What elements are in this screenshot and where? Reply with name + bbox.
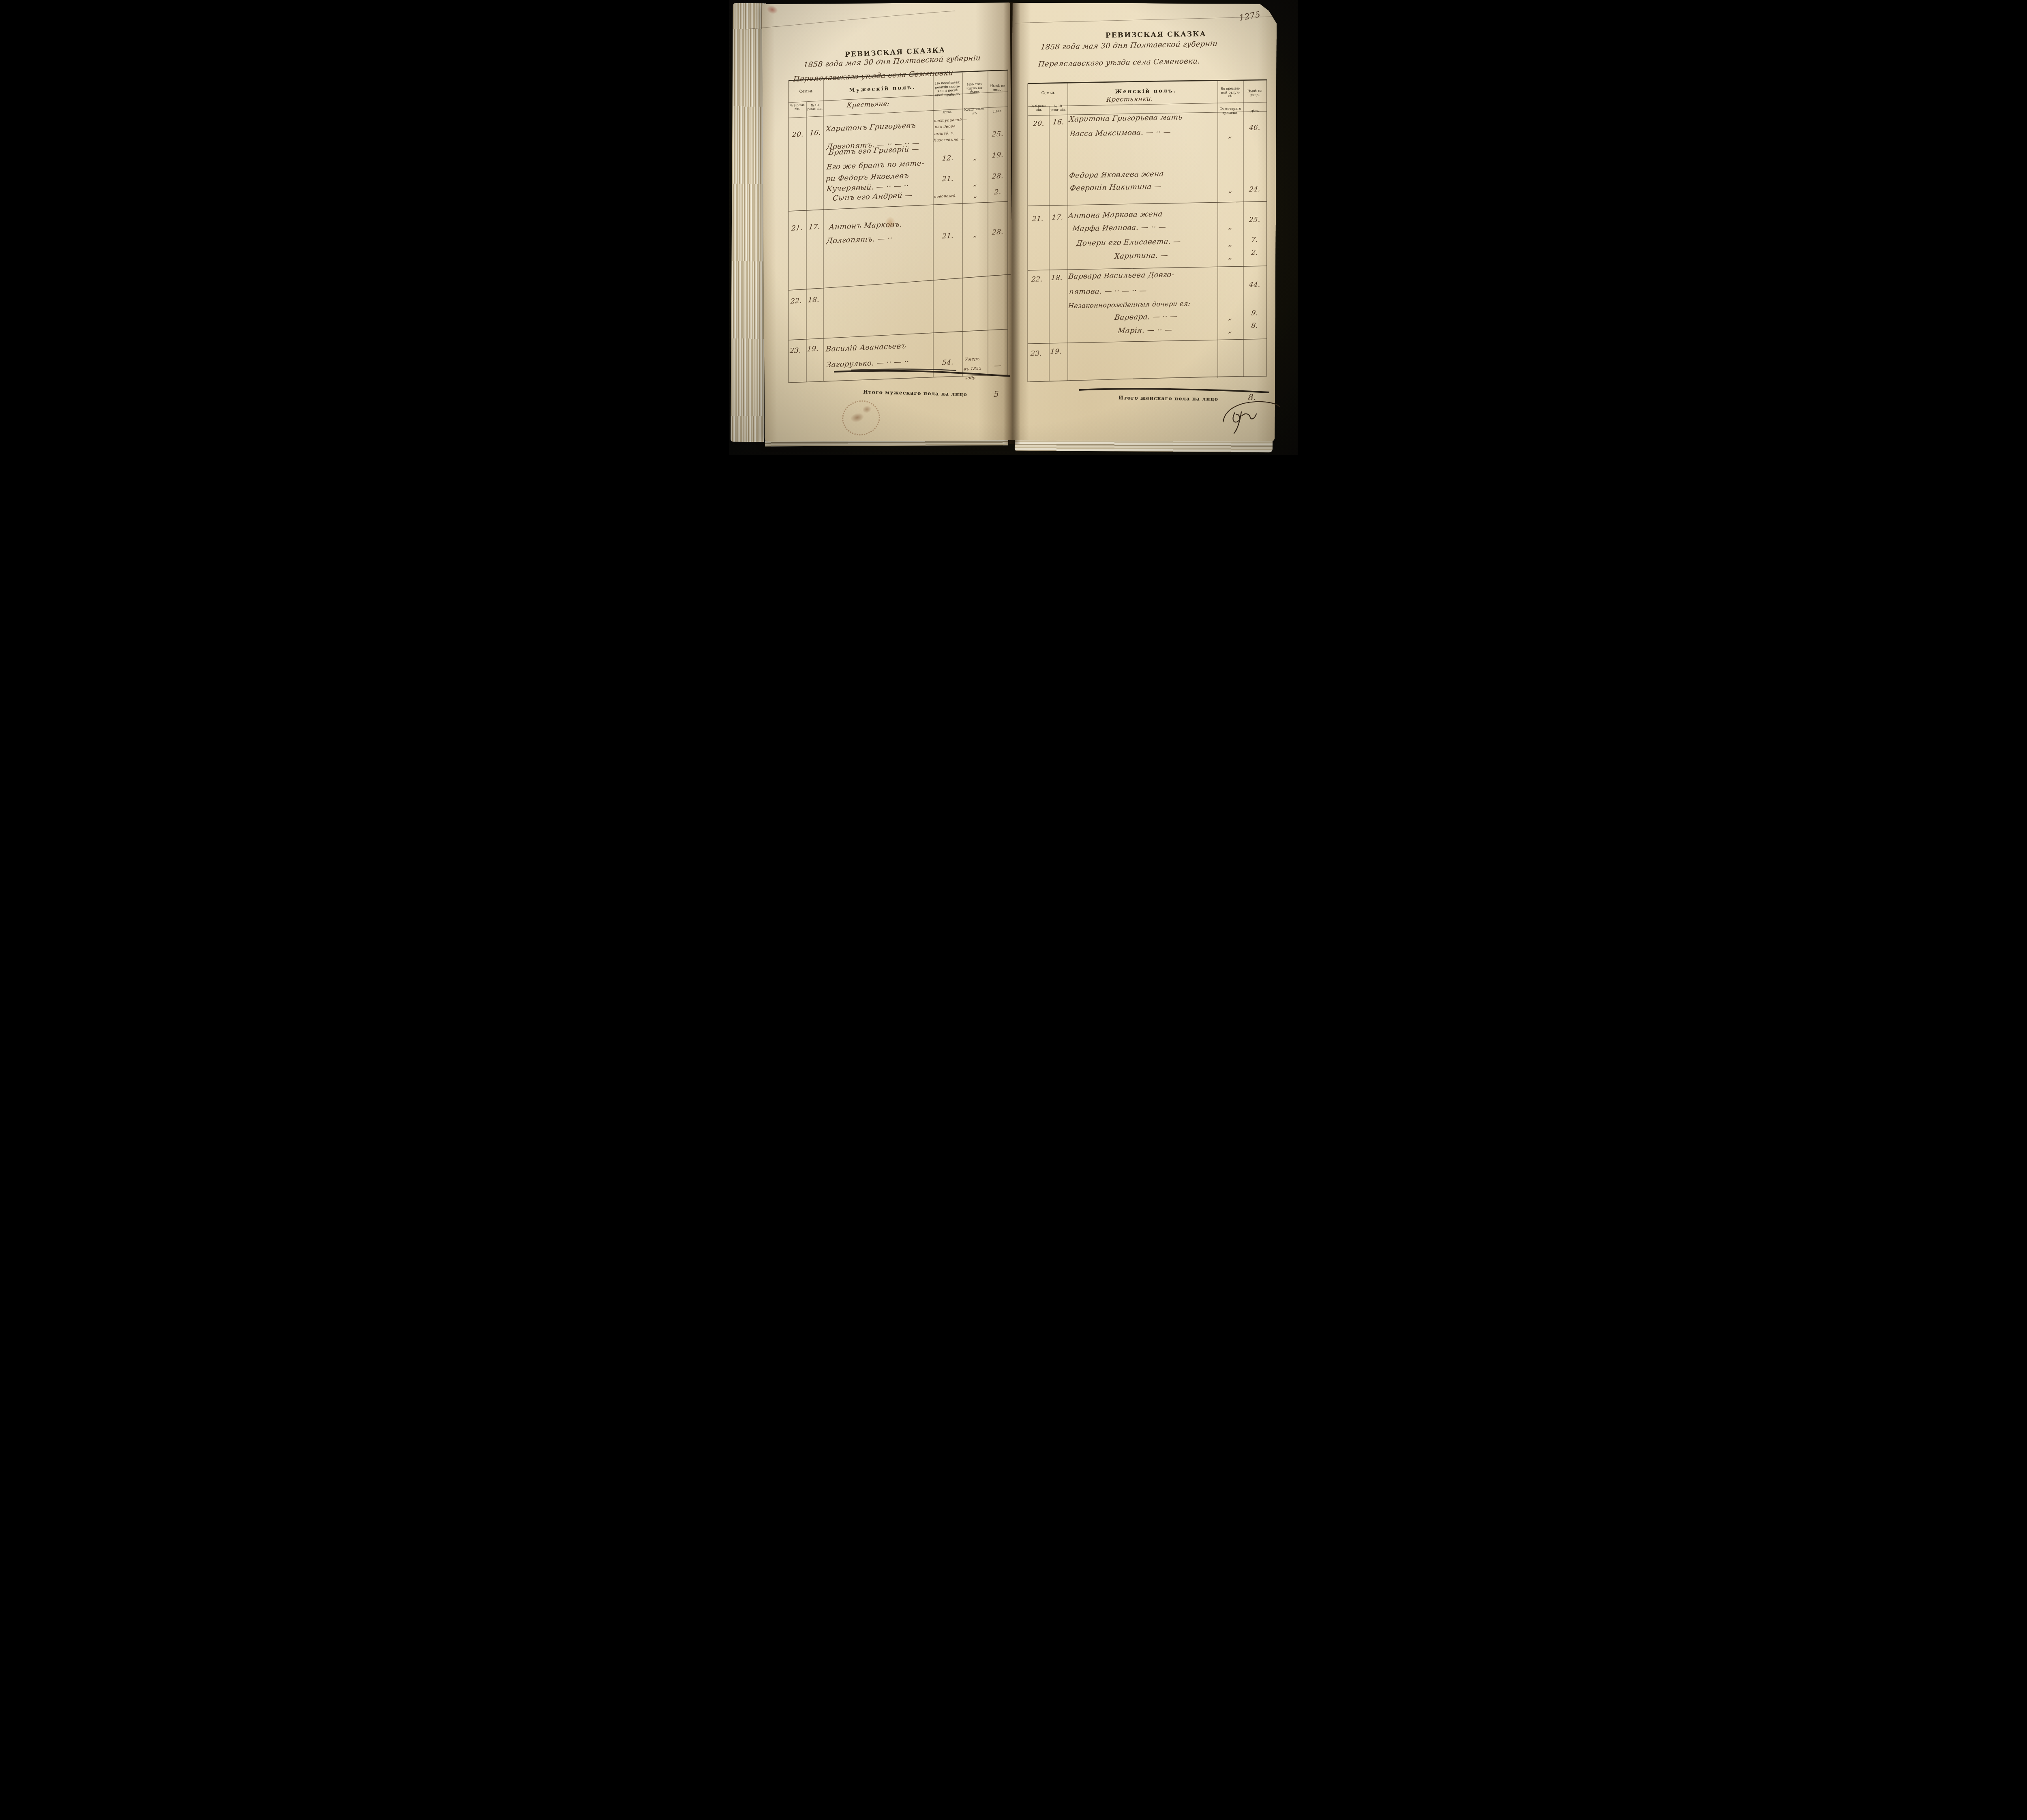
entry-name: Варвара Васильева Довго- <box>1068 270 1174 281</box>
entry-ditto: „ <box>1218 186 1243 195</box>
entry-number: 19. <box>1047 347 1065 356</box>
right-page-title: РЕВИЗСКАЯ СКАЗКА <box>1106 30 1198 40</box>
entry-number: 21. <box>1028 215 1048 223</box>
book-scan: РЕВИЗСКАЯ СКАЗКА 1858 года мая 30 дня По… <box>729 0 1298 455</box>
entry-name: Антона Маркова жена <box>1068 210 1163 220</box>
entry-age: 7. <box>1244 236 1266 244</box>
right-footer-label: Итого женскаго пола на лицо <box>1089 394 1247 403</box>
right-header-place-line: Переяславскаго уѣзда села Семеновки. <box>1038 57 1201 69</box>
right-col-present-sub: Лѣта. <box>1245 109 1265 113</box>
entry-name: Харитона Григорьева мать <box>1069 113 1183 124</box>
entry-age: 24. <box>1244 185 1266 194</box>
entry-number: 18. <box>1048 274 1066 282</box>
page-number: 1275 <box>1238 9 1261 23</box>
entry-ditto: „ <box>1218 253 1243 261</box>
ink-blot <box>885 216 896 229</box>
entry-name: Марія. — ·· — <box>1117 325 1172 335</box>
entry-age: 44. <box>1244 280 1266 289</box>
entry-number: 20. <box>1029 120 1048 128</box>
entry-name: Харитина. — <box>1114 251 1168 261</box>
entry-number: 22. <box>1027 275 1047 284</box>
entry-name: Федора Яковлева жена <box>1069 170 1164 180</box>
entry-age: 25. <box>1244 216 1266 224</box>
entry-name: Васса Максимова. — ·· — <box>1069 128 1171 138</box>
right-page-content: 1275 РЕВИЗСКАЯ СКАЗКА 1858 года мая 30 д… <box>729 0 1298 455</box>
entry-ditto: „ <box>1218 240 1243 248</box>
right-group-label: Крестьянки. <box>1106 95 1154 103</box>
entry-age: 2. <box>1244 248 1266 257</box>
entry-ditto: „ <box>1218 313 1243 322</box>
right-col-rev9: № 9 реви- зіи. <box>1030 105 1048 112</box>
entry-number: 16. <box>1049 118 1068 126</box>
right-col-absence-sub: Съ котораго времени. <box>1218 107 1243 115</box>
entry-note: Незаконнорожденныя дочери ея: <box>1068 300 1191 310</box>
entry-ditto: „ <box>1218 223 1243 231</box>
entry-ditto: „ <box>1218 326 1243 335</box>
entry-name: Марфа Иванова. — ·· — <box>1072 223 1166 233</box>
right-col-present: Нынѣ на лицо. <box>1244 89 1266 97</box>
entry-number: 23. <box>1026 349 1046 358</box>
entry-number: 17. <box>1048 213 1067 222</box>
right-col-rev10: № 10 реви- зіи. <box>1050 105 1067 112</box>
entry-age: 9. <box>1244 309 1266 317</box>
entry-name: пятова. — ·· — ·· — <box>1069 286 1147 296</box>
entry-age: 46. <box>1244 124 1266 132</box>
right-header-date-line: 1858 года мая 30 дня Полтавской губерніи <box>1040 40 1218 51</box>
entry-name: Дочери его Елисавета. — <box>1076 237 1181 248</box>
right-col-absence: Во времен- ной отлуч- кѣ. <box>1219 87 1242 99</box>
right-footer-total: 8. <box>1248 392 1257 402</box>
right-col-gender: Женскій полъ. <box>1096 88 1196 95</box>
entry-name: Февронія Никитина — <box>1069 182 1162 193</box>
entry-ditto: „ <box>1218 131 1243 140</box>
right-col-family: Семьи. <box>1030 90 1067 96</box>
entry-name: Варвара. — ·· — <box>1114 312 1178 322</box>
entry-age: 8. <box>1244 321 1266 330</box>
